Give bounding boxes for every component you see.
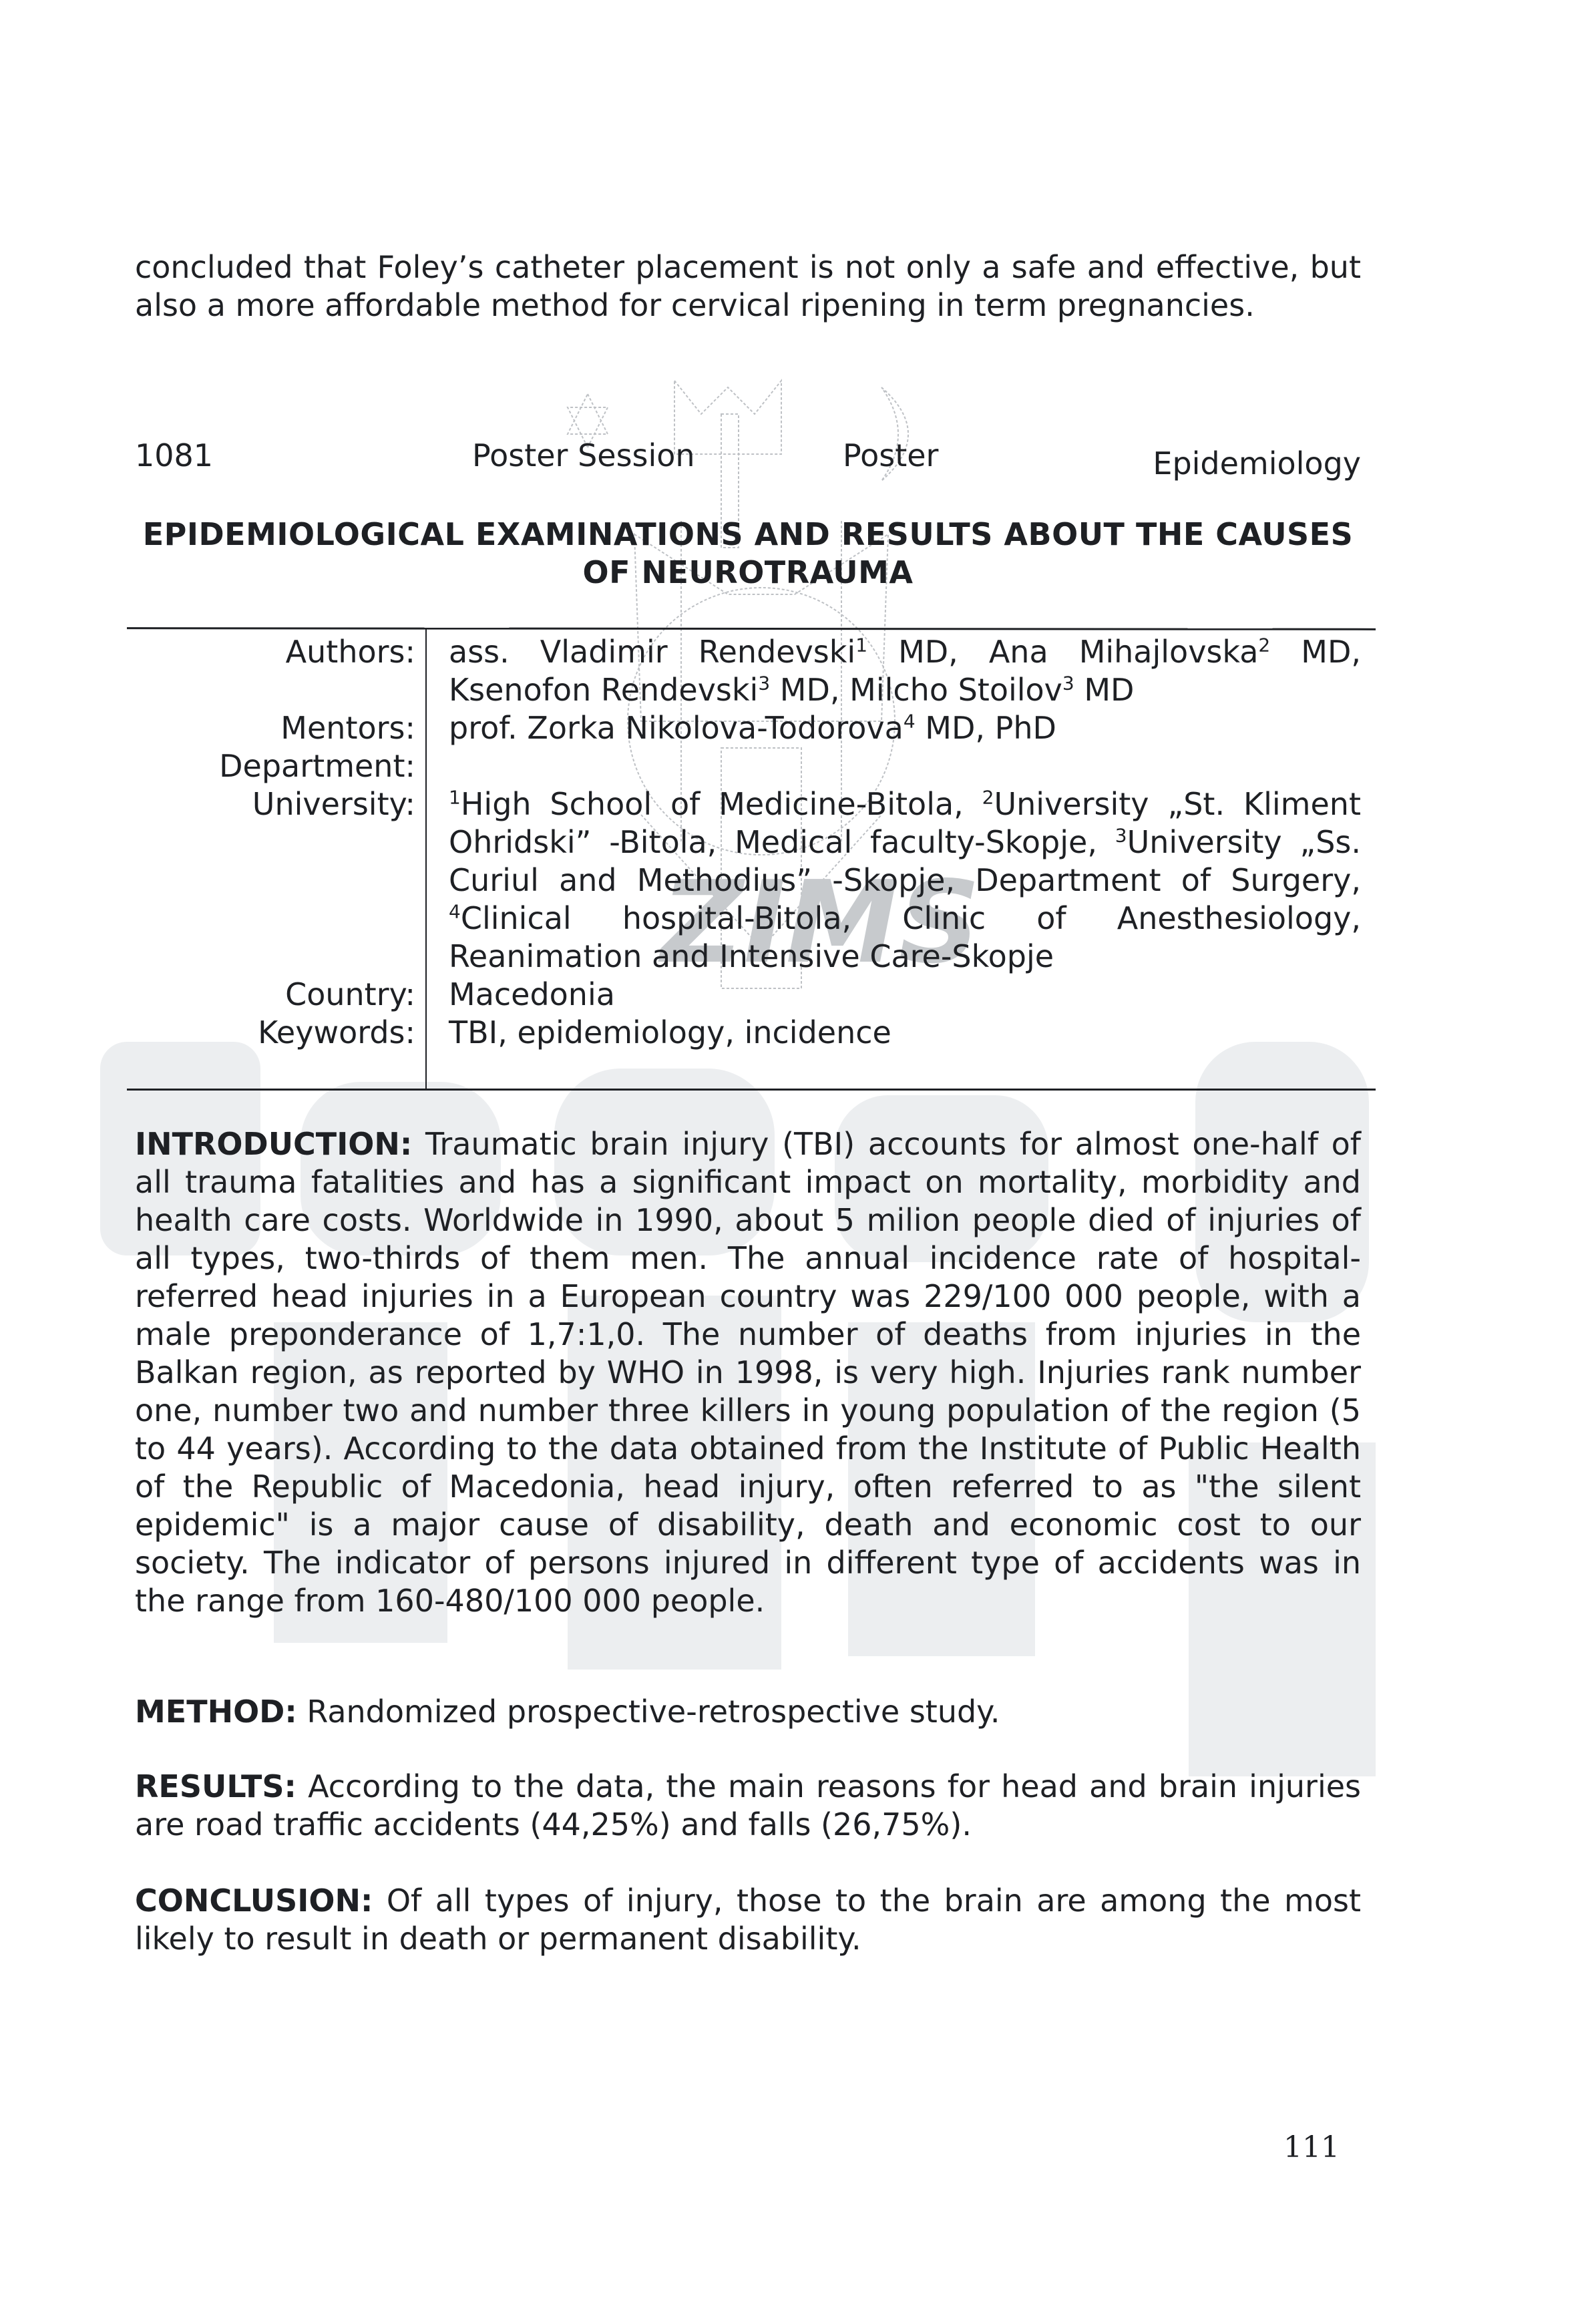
author-affiliation-sup: 3: [758, 672, 770, 695]
country-label: Country:: [135, 976, 429, 1014]
affiliation-text: Clinical hospital-Bitola, Clinic of Anes…: [449, 900, 1361, 974]
mentor-degree: MD, PhD: [916, 710, 1056, 746]
mentors-row: Mentors: prof. Zorka Nikolova-Todorova4 …: [135, 709, 1361, 747]
mentor-name: Zorka Nikolova-Todorova: [527, 710, 903, 746]
author-name: Milcho Stoilov: [849, 672, 1062, 708]
table-bottom-rule: [127, 1089, 1376, 1091]
author-name: Vladimir Rendevski: [540, 634, 855, 670]
presentation-type: Poster: [843, 437, 938, 473]
abstract-title: EPIDEMIOLOGICAL EXAMINATIONS AND RESULTS…: [135, 516, 1361, 592]
affiliation-sup: 3: [1115, 825, 1127, 847]
university-value: 1High School of Medicine-Bitola, 2Univer…: [429, 785, 1361, 976]
affiliation-sup: 1: [449, 787, 461, 809]
abstract-meta-row: 1081 Poster Session Poster Epidemiology: [135, 437, 1361, 484]
affiliation-sup: 4: [449, 901, 461, 923]
results-section: RESULTS: According to the data, the main…: [135, 1768, 1361, 1844]
mentors-value: prof. Zorka Nikolova-Todorova4 MD, PhD: [429, 709, 1361, 747]
keywords-row: Keywords: TBI, epidemiology, incidence: [135, 1014, 1361, 1052]
author-degree: MD: [1074, 672, 1135, 708]
author-degree: MD,: [770, 672, 849, 708]
university-row: University: 1High School of Medicine-Bit…: [135, 785, 1361, 976]
department-label: Department:: [135, 747, 429, 785]
affiliation-text: High School of Medicine-Bitola,: [461, 786, 982, 822]
authors-label: Authors:: [135, 633, 429, 709]
department-row: Department:: [135, 747, 1361, 785]
document-page: ZIMS concluded that Foley’s catheter pla…: [0, 0, 1596, 2322]
method-section: METHOD: Randomized prospective-retrospec…: [135, 1693, 1361, 1731]
mentor-prefix: prof.: [449, 710, 527, 746]
author-degree: MD,: [867, 634, 989, 670]
method-text: Randomized prospective-retrospective stu…: [297, 1694, 1000, 1730]
previous-abstract-tail: concluded that Foley’s catheter placemen…: [135, 248, 1361, 325]
abstract-info-table: Authors: ass. Vladimir Rendevski1 MD, An…: [135, 633, 1361, 1052]
conclusion-section: CONCLUSION: Of all types of injury, thos…: [135, 1882, 1361, 1958]
keywords-label: Keywords:: [135, 1014, 429, 1052]
university-label: University:: [135, 785, 429, 976]
results-heading: RESULTS:: [135, 1768, 296, 1804]
introduction-text: Traumatic brain injury (TBI) accounts fo…: [135, 1126, 1361, 1619]
page-number: 111: [1283, 2130, 1340, 2164]
keywords-value: TBI, epidemiology, incidence: [429, 1014, 1361, 1052]
introduction-heading: INTRODUCTION:: [135, 1126, 412, 1162]
mentors-label: Mentors:: [135, 709, 429, 747]
results-text: According to the data, the main reasons …: [135, 1768, 1361, 1843]
author-name: Ana Mihajlovska: [989, 634, 1259, 670]
topic: Epidemiology: [1153, 445, 1361, 481]
introduction-section: INTRODUCTION: Traumatic brain injury (TB…: [135, 1125, 1361, 1620]
author-affiliation-sup: 2: [1258, 634, 1270, 656]
author-name: Ksenofon Rendevski: [449, 672, 758, 708]
affiliation-sup: 2: [982, 787, 994, 809]
method-heading: METHOD:: [135, 1694, 297, 1730]
country-value: Macedonia: [429, 976, 1361, 1014]
authors-value: ass. Vladimir Rendevski1 MD, Ana Mihajlo…: [429, 633, 1361, 709]
authors-row: Authors: ass. Vladimir Rendevski1 MD, An…: [135, 633, 1361, 709]
author-prefix: ass.: [449, 634, 540, 670]
author-affiliation-sup: 3: [1062, 672, 1074, 695]
author-degree: MD,: [1270, 634, 1361, 670]
author-affiliation-sup: 1: [855, 634, 867, 656]
abstract-number: 1081: [135, 437, 213, 473]
country-row: Country: Macedonia: [135, 976, 1361, 1014]
mentor-affiliation-sup: 4: [904, 711, 916, 733]
department-value: [429, 747, 1361, 785]
conclusion-heading: CONCLUSION:: [135, 1883, 373, 1919]
session-type: Poster Session: [472, 437, 695, 473]
